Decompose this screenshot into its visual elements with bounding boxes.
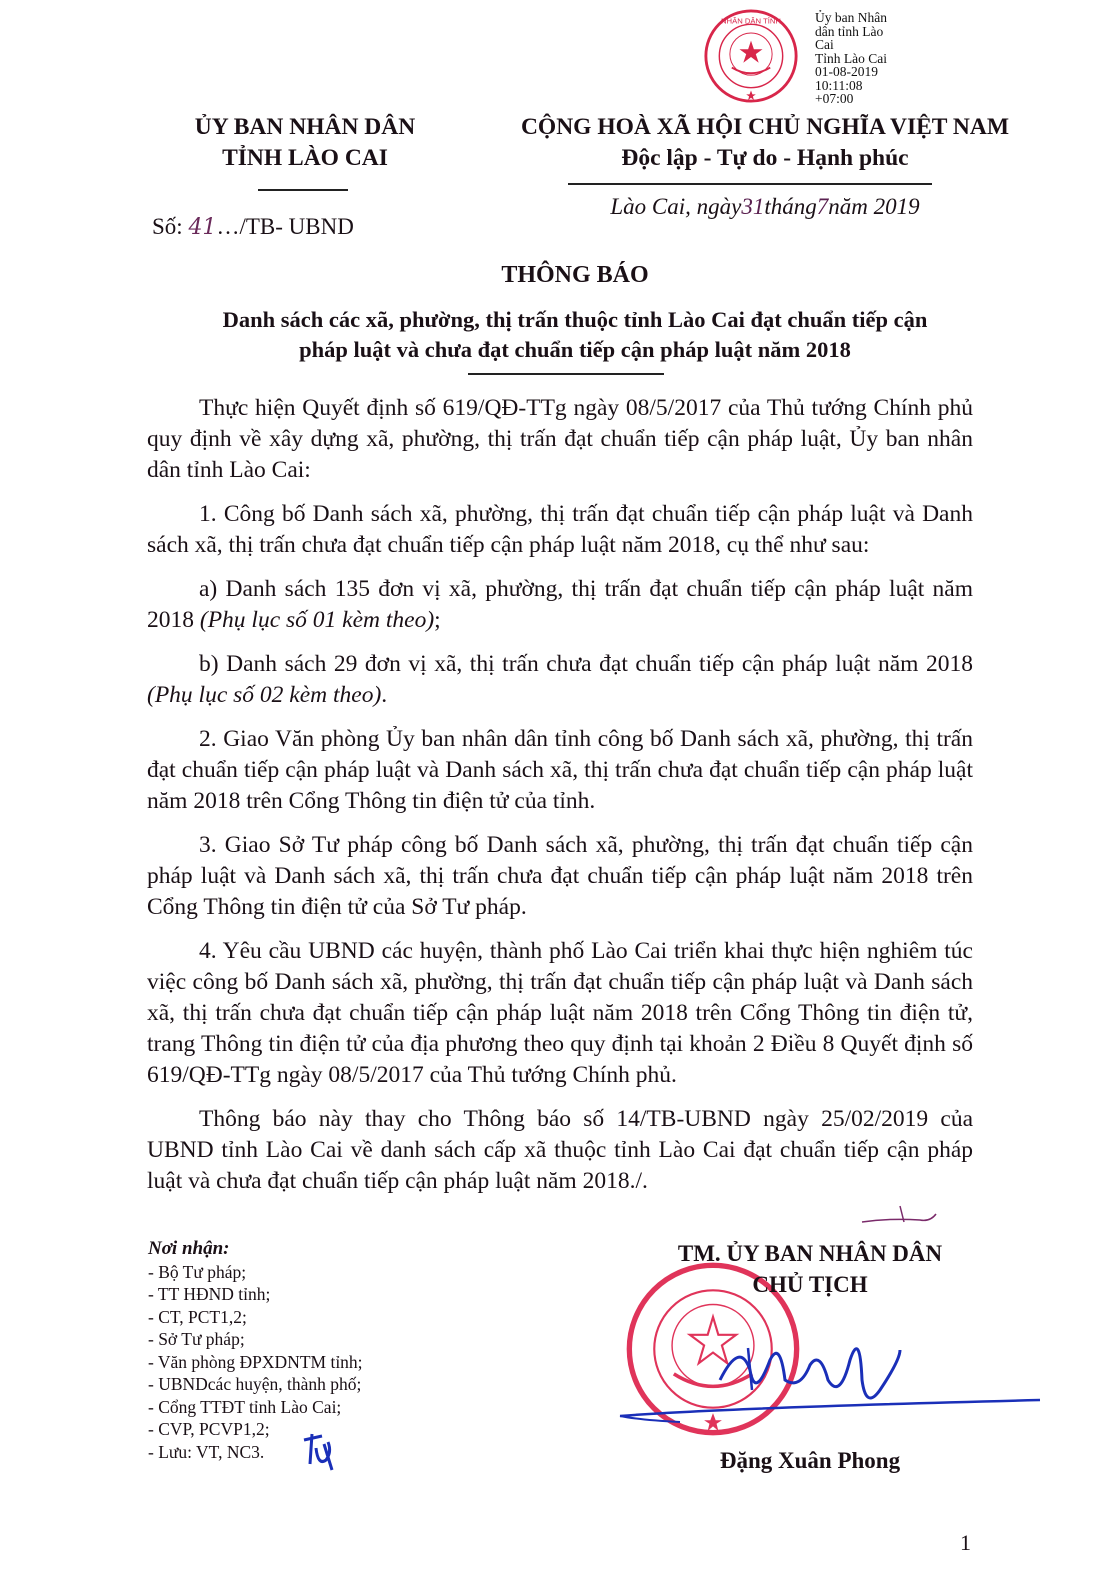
- place: Lào Cai, ngày: [610, 194, 741, 219]
- number-prefix: Số:: [152, 214, 188, 239]
- sig-line: dân tỉnh Lào: [815, 25, 925, 39]
- divider: [468, 373, 664, 375]
- recipient-item: - UBNDcác huyện, thành phố;: [148, 1373, 448, 1396]
- issuer-line1: ỦY BAN NHÂN DÂN: [160, 112, 450, 143]
- seal-stamp-icon: NHÂN DÂN TỈNH: [703, 8, 799, 104]
- appendix-ref: (Phụ lục số 02 kèm theo): [147, 682, 381, 708]
- recipients-heading: Nơi nhận:: [148, 1238, 448, 1261]
- date-year: năm 2019: [828, 194, 919, 219]
- nation-motto: Độc lập - Tự do - Hạnh phúc: [480, 143, 1050, 174]
- item-1b: b) Danh sách 29 đơn vị xã, thị trấn chưa…: [147, 649, 973, 711]
- svg-text:NHÂN DÂN TỈNH: NHÂN DÂN TỈNH: [721, 16, 781, 25]
- number-handwritten: 41: [188, 215, 216, 240]
- month-label: tháng: [764, 194, 816, 219]
- national-header: CỘNG HOÀ XÃ HỘI CHỦ NGHĨA VIỆT NAM Độc l…: [480, 112, 1050, 174]
- document-number: Số: 41…/TB- UBND: [152, 214, 354, 240]
- nation-line1: CỘNG HOÀ XÃ HỘI CHỦ NGHĨA VIỆT NAM: [480, 112, 1050, 143]
- document-subtitle: Danh sách các xã, phường, thị trấn thuộc…: [140, 305, 1010, 365]
- date-month: 7: [817, 194, 829, 219]
- recipient-item: - TT HĐND tỉnh;: [148, 1283, 448, 1306]
- sig-timezone: +07:00: [815, 92, 925, 106]
- issuer-line2: TỈNH LÀO CAI: [160, 143, 450, 174]
- item-1: 1. Công bố Danh sách xã, phường, thị trấ…: [147, 499, 973, 561]
- recipient-item: - Bộ Tư pháp;: [148, 1261, 448, 1284]
- item-1b-text: b) Danh sách 29 đơn vị xã, thị trấn chưa…: [199, 651, 973, 677]
- punct: ;: [434, 607, 441, 633]
- sig-line: Ủy ban Nhân: [815, 11, 925, 25]
- item-3: 3. Giao Sở Tư pháp công bố Danh sách xã,…: [147, 830, 973, 923]
- document-title: THÔNG BÁO: [140, 262, 1010, 289]
- recipient-item: - Sở Tư pháp;: [148, 1328, 448, 1351]
- subtitle-line1: Danh sách các xã, phường, thị trấn thuộc…: [140, 305, 1010, 335]
- divider: [258, 189, 348, 191]
- recipient-item: - Cổng TTĐT tỉnh Lào Cai;: [148, 1396, 448, 1419]
- divider: [568, 183, 932, 185]
- initials-icon: [298, 1430, 338, 1472]
- place-date: Lào Cai, ngày31tháng7năm 2019: [480, 194, 1050, 220]
- page-number: 1: [960, 1530, 971, 1556]
- number-suffix: …/TB- UBND: [216, 214, 353, 239]
- item-2: 2. Giao Văn phòng Ủy ban nhân dân tỉnh c…: [147, 724, 973, 817]
- subtitle-line2: pháp luật và chưa đạt chuẩn tiếp cận phá…: [140, 335, 1010, 365]
- sig-date: 01-08-2019: [815, 65, 925, 79]
- digital-signature-info: Ủy ban Nhân dân tỉnh Lào Cai Tỉnh Lào Ca…: [815, 11, 925, 106]
- issuer-header: ỦY BAN NHÂN DÂN TỈNH LÀO CAI: [160, 112, 450, 174]
- handwritten-mark-icon: [860, 1200, 940, 1230]
- intro-paragraph: Thực hiện Quyết định số 619/QĐ-TTg ngày …: [147, 393, 973, 486]
- signature-block: TM. ỦY BAN NHÂN DÂN CHỦ TỊCH: [620, 1238, 1000, 1300]
- punct: .: [381, 682, 387, 708]
- sig-time: 10:11:08: [815, 79, 925, 93]
- document-body: Thực hiện Quyết định số 619/QĐ-TTg ngày …: [147, 393, 973, 1210]
- item-4: 4. Yêu cầu UBND các huyện, thành phố Lào…: [147, 936, 973, 1091]
- handwritten-signature-icon: [600, 1320, 1050, 1430]
- sig-line: Cai: [815, 38, 925, 52]
- appendix-ref: (Phụ lục số 01 kèm theo): [200, 607, 434, 633]
- recipient-item: - Văn phòng ĐPXDNTM tỉnh;: [148, 1351, 448, 1374]
- sig-line: Tỉnh Lào Cai: [815, 52, 925, 66]
- recipient-item: - CT, PCT1,2;: [148, 1306, 448, 1329]
- signature-title: TM. ỦY BAN NHÂN DÂN: [620, 1238, 1000, 1269]
- item-1a: a) Danh sách 135 đơn vị xã, phường, thị …: [147, 574, 973, 636]
- closing-paragraph: Thông báo này thay cho Thông báo số 14/T…: [147, 1104, 973, 1197]
- signer-name: Đặng Xuân Phong: [620, 1448, 1000, 1474]
- signature-role: CHỦ TỊCH: [620, 1269, 1000, 1300]
- date-day: 31: [741, 194, 764, 219]
